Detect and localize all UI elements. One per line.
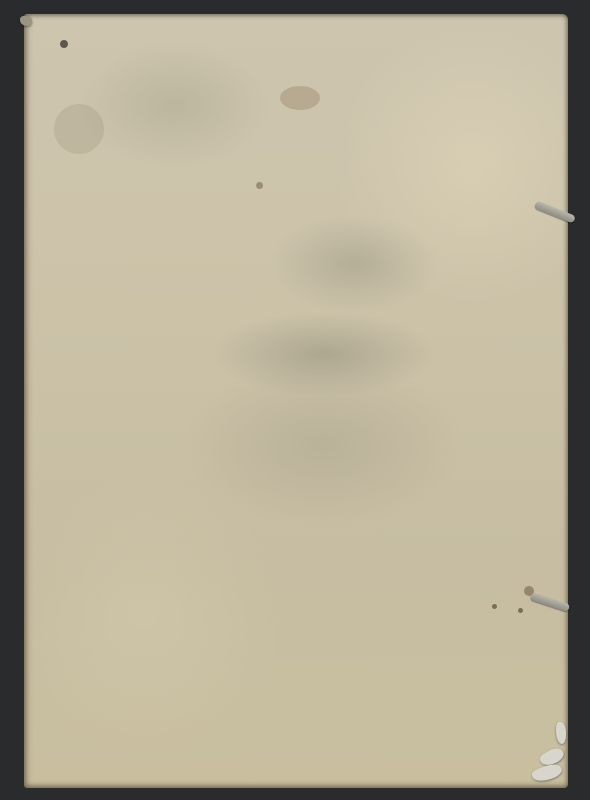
ink-spot (60, 40, 68, 48)
spot (518, 608, 523, 613)
water-stain (280, 86, 320, 110)
book-cover (24, 14, 568, 788)
spot (256, 182, 263, 189)
damaged-corner-fragment (20, 16, 32, 26)
water-stain (54, 104, 104, 154)
damaged-corner-fragment (556, 722, 566, 744)
spot (492, 604, 497, 609)
